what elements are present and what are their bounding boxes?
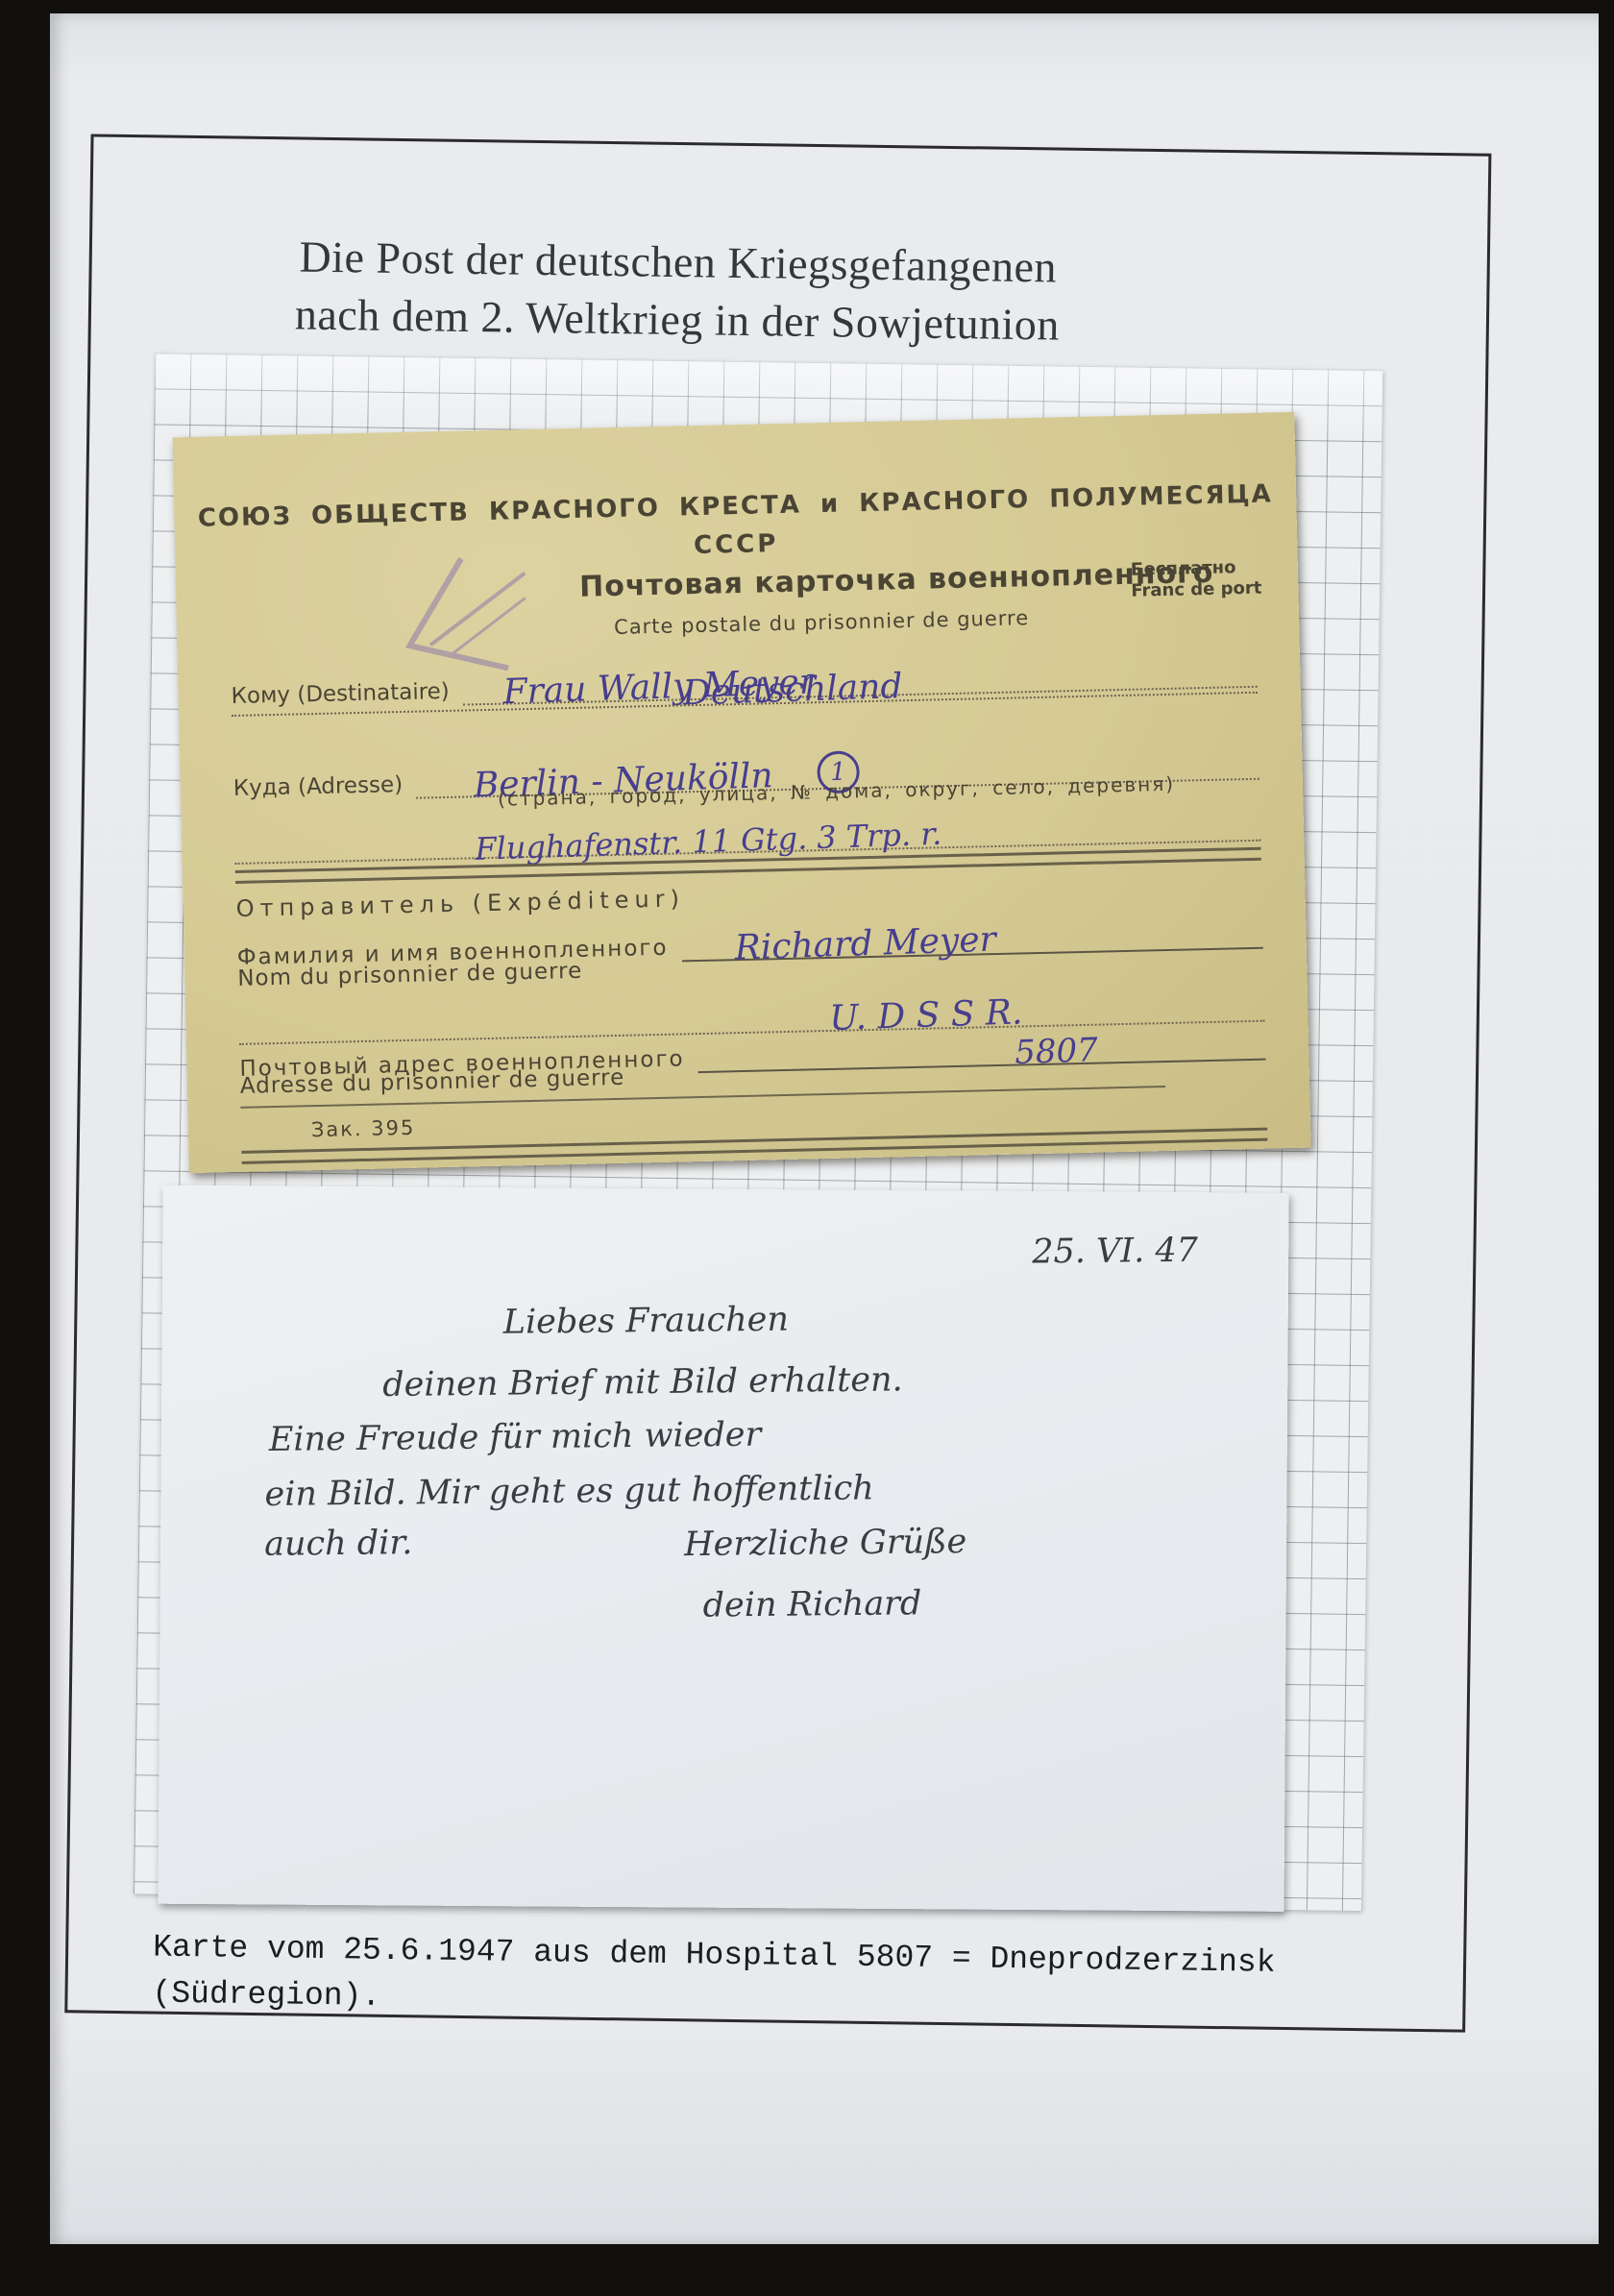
photo-of-album-page: Die Post der deutschen Kriegsgefangenen … — [0, 0, 1614, 2296]
caption: Karte vom 25.6.1947 aus dem Hospital 580… — [152, 1925, 1276, 2033]
letter-salutation: Liebes Frauchen — [503, 1301, 790, 1342]
letter-line: auch dir. — [264, 1524, 413, 1564]
letter-line: Eine Freude für mich wieder — [269, 1416, 762, 1459]
sender-name-handwriting: Richard Meyer — [734, 920, 996, 968]
card-title-french: Carte postale du prisonnier de guerre — [614, 606, 1030, 639]
card-title-russian: Почтовая карточка военнопленного — [579, 556, 1214, 604]
letter-closing: Herzliche Grüße — [684, 1523, 967, 1564]
letter-line: ein Bild. Mir geht es gut hoffentlich — [264, 1469, 874, 1514]
letter-signature: dein Richard — [702, 1584, 921, 1624]
handwritten-message-card: 25. VI. 47 Liebes Frauchen deinen Brief … — [158, 1185, 1288, 1912]
free-post-french: Franc de port — [1131, 578, 1261, 602]
page-title: Die Post der deutschen Kriegsgefangenen … — [130, 226, 1227, 356]
letter-date: 25. VI. 47 — [1032, 1232, 1198, 1272]
address-label: Куда (Adresse) — [233, 772, 417, 803]
print-order-note: Зак. 395 — [311, 1116, 416, 1141]
free-post-russian: Бесплатно — [1131, 557, 1261, 581]
sender-address-handwriting: 5807 — [1015, 1031, 1099, 1072]
addressee-country-handwriting: Deutschland — [682, 667, 903, 714]
album-page: Die Post der deutschen Kriegsgefangenen … — [50, 13, 1599, 2244]
sender-name-line: Richard Meyer — [681, 905, 1263, 963]
letter-line: deinen Brief mit Bild erhalten. — [382, 1360, 903, 1404]
free-post-note: Бесплатно Franc de port — [1131, 557, 1262, 602]
pow-postcard: СОЮЗ ОБЩЕСТВ КРАСНОГО КРЕСТА и КРАСНОГО … — [173, 412, 1311, 1173]
page-border-frame: Die Post der deutschen Kriegsgefangenen … — [64, 134, 1491, 2032]
sender-label: Отправитель (Expéditeur) — [235, 885, 685, 922]
